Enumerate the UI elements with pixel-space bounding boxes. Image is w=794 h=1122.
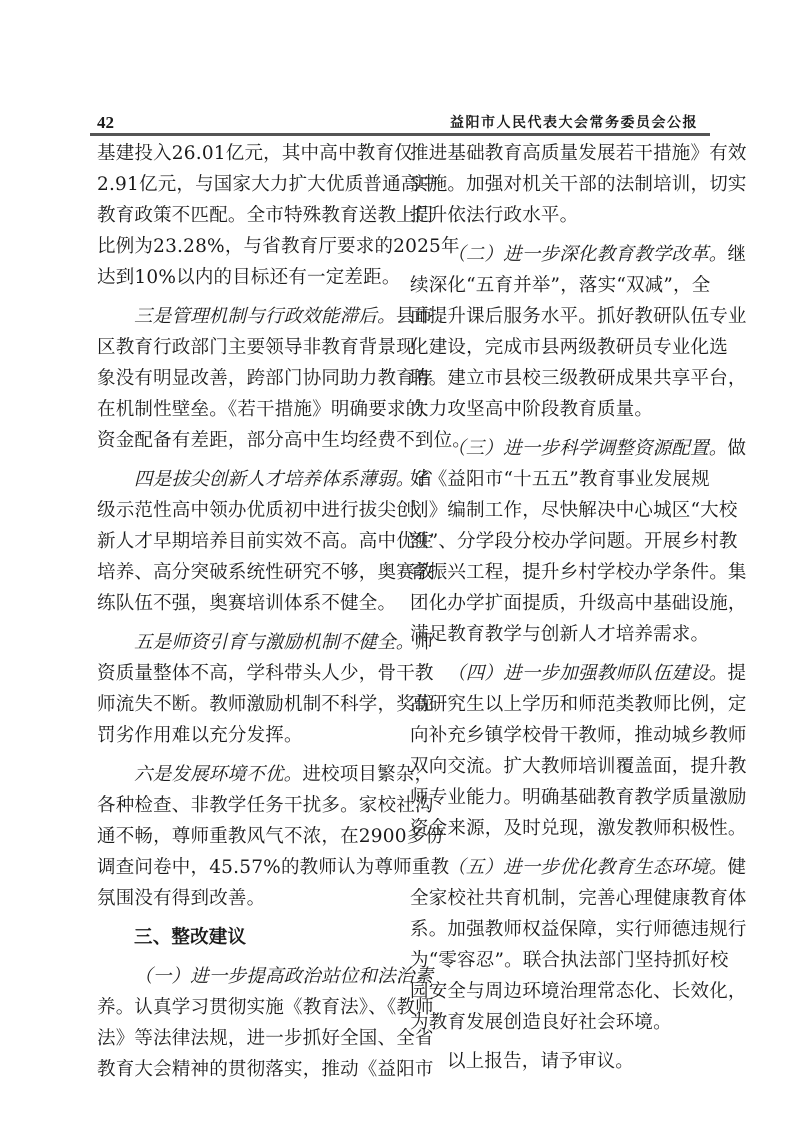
- text-line: 在机制性壁垒。《若干措施》明确要求的: [97, 394, 385, 425]
- paragraph-gap: [97, 914, 385, 922]
- paragraph-lead: 三是管理机制与行政效能滞后。: [134, 306, 396, 327]
- paragraph-gap: [410, 231, 698, 239]
- paragraph: （五）进一步优化教育生态环境。健全家校社共育机制，完善心理健康教育体系。加强教师…: [410, 852, 698, 1038]
- text-line: （二）进一步深化教育教学改革。继: [410, 239, 698, 270]
- text-line: 师流失不断。教师激励机制不科学，奖优: [97, 689, 385, 720]
- text-line: 新人才早期培养目前实效不高。高中优生: [97, 526, 385, 557]
- paragraph-lead: 五是师资引育与激励机制不健全。: [134, 632, 415, 653]
- text-line: 资金配备有差距，部分高中生均经费不到位。: [97, 425, 385, 456]
- text-line: 练队伍不强，奥赛培训体系不健全。: [97, 588, 385, 619]
- text-line: 象没有明显改善，跨部门协同助力教育存: [97, 363, 385, 394]
- paragraph-lead: （五）进一步优化教育生态环境。: [447, 857, 728, 878]
- text-line: 聘。建立市县校三级教研成果共享平台，: [410, 363, 698, 394]
- header-rule: [90, 133, 710, 136]
- text-line: 推进基础教育高质量发展若干措施》有效: [410, 138, 698, 169]
- text-line: 高研究生以上学历和师范类教师比例，定: [410, 689, 698, 720]
- paragraph-lead: （二）进一步深化教育教学改革。: [447, 244, 728, 265]
- text-line: 实施。加强对机关干部的法制培训，切实: [410, 169, 698, 200]
- text-line: 全家校社共育机制，完善心理健康教育体: [410, 883, 698, 914]
- paragraph-gap: [97, 751, 385, 759]
- left-column: 基建投入26.01亿元，其中高中教育仅2.91亿元，与国家大力扩大优质普通高中教…: [97, 138, 385, 1085]
- paragraph-lead: 六是发展环境不优。: [134, 764, 302, 785]
- paragraph-gap: [97, 953, 385, 961]
- paragraph: 四是拔尖创新人才培养体系薄弱。省级示范性高中领办优质初中进行拔尖创新人才早期培养…: [97, 464, 385, 619]
- text-line: 级示范性高中领办优质初中进行拔尖创: [97, 495, 385, 526]
- paragraph: （二）进一步深化教育教学改革。继续深化“五育并举”，落实“双减”，全面提升课后服…: [410, 239, 698, 425]
- text-line: 基建投入26.01亿元，其中高中教育仅: [97, 138, 385, 169]
- paragraph: 六是发展环境不优。进校项目繁杂，各种检查、非教学任务干扰多。家校社沟通不畅，尊师…: [97, 759, 385, 914]
- text-line: 化建设，完成市县两级教研员专业化选: [410, 332, 698, 363]
- text-line: 四是拔尖创新人才培养体系薄弱。省: [97, 464, 385, 495]
- text-line: 区教育行政部门主要领导非教育背景现: [97, 332, 385, 363]
- paragraph: （三）进一步科学调整资源配置。做好《益阳市“十五五”教育事业发展规划》编制工作，…: [410, 433, 698, 650]
- text-line: （一）进一步提高政治站位和法治素: [97, 961, 385, 992]
- text-line: 向补充乡镇学校骨干教师，推动城乡教师: [410, 720, 698, 751]
- paragraph-gap: [410, 844, 698, 852]
- right-column: 推进基础教育高质量发展若干措施》有效实施。加强对机关干部的法制培训，切实提升依法…: [410, 138, 698, 1077]
- text-line: 大力攻坚高中阶段教育质量。: [410, 394, 698, 425]
- text-line: 育振兴工程，提升乡村学校办学条件。集: [410, 557, 698, 588]
- text-line: 达到10%以内的目标还有一定差距。: [97, 262, 385, 293]
- paragraph-gap: [410, 425, 698, 433]
- paragraph: （四）进一步加强教师队伍建设。提高研究生以上学历和师范类教师比例，定向补充乡镇学…: [410, 658, 698, 844]
- section-heading: 三、整改建议: [97, 922, 385, 953]
- text-line: 提升依法行政水平。: [410, 200, 698, 231]
- text-line: 三是管理机制与行政效能滞后。县市: [97, 301, 385, 332]
- journal-title: 益阳市人民代表大会常务委员会公报: [450, 113, 698, 133]
- text-line: 面提升课后服务水平。抓好教研队伍专业: [410, 301, 698, 332]
- text-line: 五是师资引育与激励机制不健全。师: [97, 627, 385, 658]
- paragraph-gap: [97, 456, 385, 464]
- paragraph-lead: （三）进一步科学调整资源配置。: [447, 438, 728, 459]
- text-line: 培养、高分突破系统性研究不够，奥赛教: [97, 557, 385, 588]
- text-line: （四）进一步加强教师队伍建设。提: [410, 658, 698, 689]
- paragraph-gap: [97, 619, 385, 627]
- text-line: 园安全与周边环境治理常态化、长效化，: [410, 976, 698, 1007]
- text-line: 为“零容忍”。联合执法部门坚持抓好校: [410, 945, 698, 976]
- text-line: 各种检查、非教学任务干扰多。家校社沟: [97, 790, 385, 821]
- text-line: 续深化“五育并举”，落实“双减”，全: [410, 270, 698, 301]
- paragraph-lead: 四是拔尖创新人才培养体系薄弱。: [134, 469, 415, 490]
- paragraph-lead: （一）进一步提高政治站位和法治素: [134, 966, 433, 987]
- text-line: 比例为23.28%，与省教育厅要求的2025年: [97, 231, 385, 262]
- paragraph-gap: [410, 650, 698, 658]
- text-line: 好《益阳市“十五五”教育事业发展规: [410, 464, 698, 495]
- paragraph: 推进基础教育高质量发展若干措施》有效实施。加强对机关干部的法制培训，切实提升依法…: [410, 138, 698, 231]
- text-line: 系。加强教师权益保障，实行师德违规行: [410, 914, 698, 945]
- text-line: 罚劣作用难以充分发挥。: [97, 720, 385, 751]
- text-line: 双向交流。扩大教师培训覆盖面，提升教: [410, 751, 698, 782]
- paragraph-lead: （四）进一步加强教师队伍建设。: [447, 663, 728, 684]
- text-line: 氛围没有得到改善。: [97, 883, 385, 914]
- text-line: （五）进一步优化教育生态环境。健: [410, 852, 698, 883]
- text-line: 额”、分学段分校办学问题。开展乡村教: [410, 526, 698, 557]
- text-line: 为教育发展创造良好社会环境。: [410, 1007, 698, 1038]
- text-line: 六是发展环境不优。进校项目繁杂，: [97, 759, 385, 790]
- running-header: 42 益阳市人民代表大会常务委员会公报: [90, 113, 710, 133]
- text-line: 以上报告，请予审议。: [410, 1046, 698, 1077]
- text-line: 资金来源，及时兑现，激发教师积极性。: [410, 813, 698, 844]
- text-line: 通不畅，尊师重教风气不浓，在2900多份: [97, 821, 385, 852]
- text-line: 师专业能力。明确基础教育教学质量激励: [410, 782, 698, 813]
- text-line: 教育政策不匹配。全市特殊教育送教上门: [97, 200, 385, 231]
- text-line: 三、整改建议: [97, 922, 385, 953]
- paragraph: （一）进一步提高政治站位和法治素养。认真学习贯彻实施《教育法》、《教师法》等法律…: [97, 961, 385, 1085]
- paragraph: 基建投入26.01亿元，其中高中教育仅2.91亿元，与国家大力扩大优质普通高中教…: [97, 138, 385, 293]
- text-line: 满足教育教学与创新人才培养需求。: [410, 619, 698, 650]
- text-line: 2.91亿元，与国家大力扩大优质普通高中: [97, 169, 385, 200]
- closing-paragraph: 以上报告，请予审议。: [410, 1046, 698, 1077]
- text-line: 教育大会精神的贯彻落实，推动《益阳市: [97, 1054, 385, 1085]
- text-line: 团化办学扩面提质，升级高中基础设施，: [410, 588, 698, 619]
- paragraph-gap: [97, 293, 385, 301]
- paragraph-gap: [410, 1038, 698, 1046]
- text-line: 法》等法律法规，进一步抓好全国、全省: [97, 1023, 385, 1054]
- text-line: 调查问卷中，45.57%的教师认为尊师重教: [97, 852, 385, 883]
- page-number: 42: [97, 113, 114, 133]
- paragraph: 三是管理机制与行政效能滞后。县市区教育行政部门主要领导非教育背景现象没有明显改善…: [97, 301, 385, 456]
- text-line: 划》编制工作，尽快解决中心城区“大校: [410, 495, 698, 526]
- text-line: （三）进一步科学调整资源配置。做: [410, 433, 698, 464]
- paragraph: 五是师资引育与激励机制不健全。师资质量整体不高，学科带头人少，骨干教师流失不断。…: [97, 627, 385, 751]
- text-line: 资质量整体不高，学科带头人少，骨干教: [97, 658, 385, 689]
- text-line: 养。认真学习贯彻实施《教育法》、《教师: [97, 992, 385, 1023]
